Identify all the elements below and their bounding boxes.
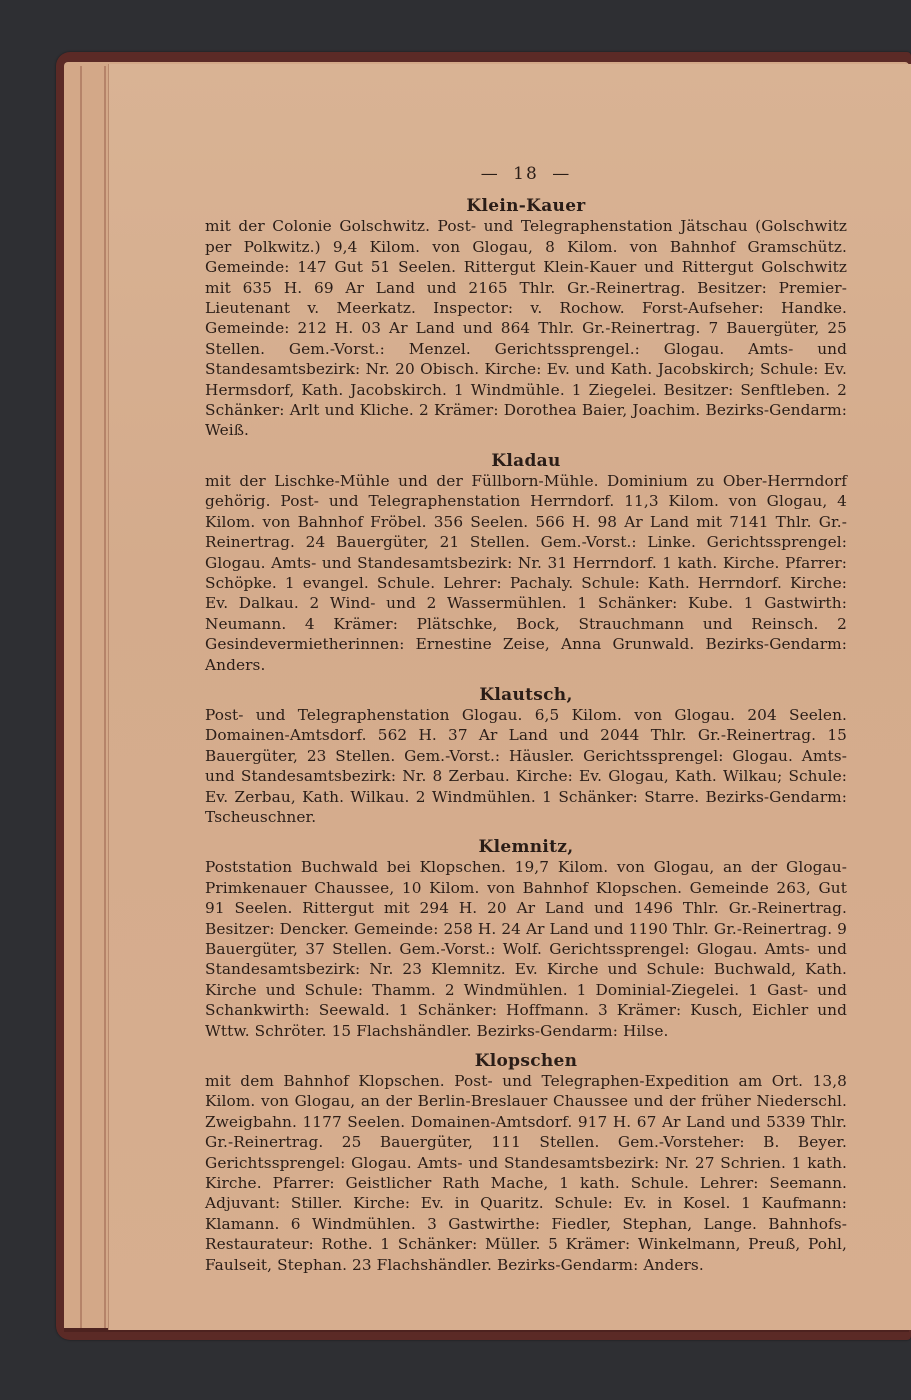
entry-klopschen: Klopschen mit dem Bahnhof Klopschen. Pos… <box>205 1051 847 1275</box>
entry-kladau: Kladau mit der Lischke-Mühle und der Fül… <box>205 451 847 675</box>
entry-body: Post- und Telegraphenstation Glogau. 6,5… <box>205 705 847 827</box>
page-leaf-edge <box>80 66 82 1328</box>
entry-title: Kladau <box>205 451 847 471</box>
book-page: — 18 — Klein-Kauer mit der Colonie Golsc… <box>108 64 911 1330</box>
entry-title: Klein-Kauer <box>205 196 847 216</box>
entry-klemnitz: Klemnitz, Poststation Buchwald bei Klops… <box>205 837 847 1041</box>
entry-body: mit dem Bahnhof Klopschen. Post- und Tel… <box>205 1071 847 1275</box>
entry-klautsch: Klautsch, Post- und Telegraphenstation G… <box>205 685 847 827</box>
page-number: — 18 — <box>205 164 847 184</box>
entry-body: mit der Colonie Golschwitz. Post- und Te… <box>205 216 847 440</box>
entry-body: mit der Lischke-Mühle und der Füllborn-M… <box>205 471 847 675</box>
page-content: — 18 — Klein-Kauer mit der Colonie Golsc… <box>205 164 847 1285</box>
entry-title: Klemnitz, <box>205 837 847 857</box>
entry-title: Klopschen <box>205 1051 847 1071</box>
entry-klein-kauer: Klein-Kauer mit der Colonie Golschwitz. … <box>205 196 847 440</box>
entry-body: Poststation Buchwald bei Klopschen. 19,7… <box>205 857 847 1041</box>
entry-title: Klautsch, <box>205 685 847 705</box>
page-leaf-edge <box>104 66 106 1328</box>
